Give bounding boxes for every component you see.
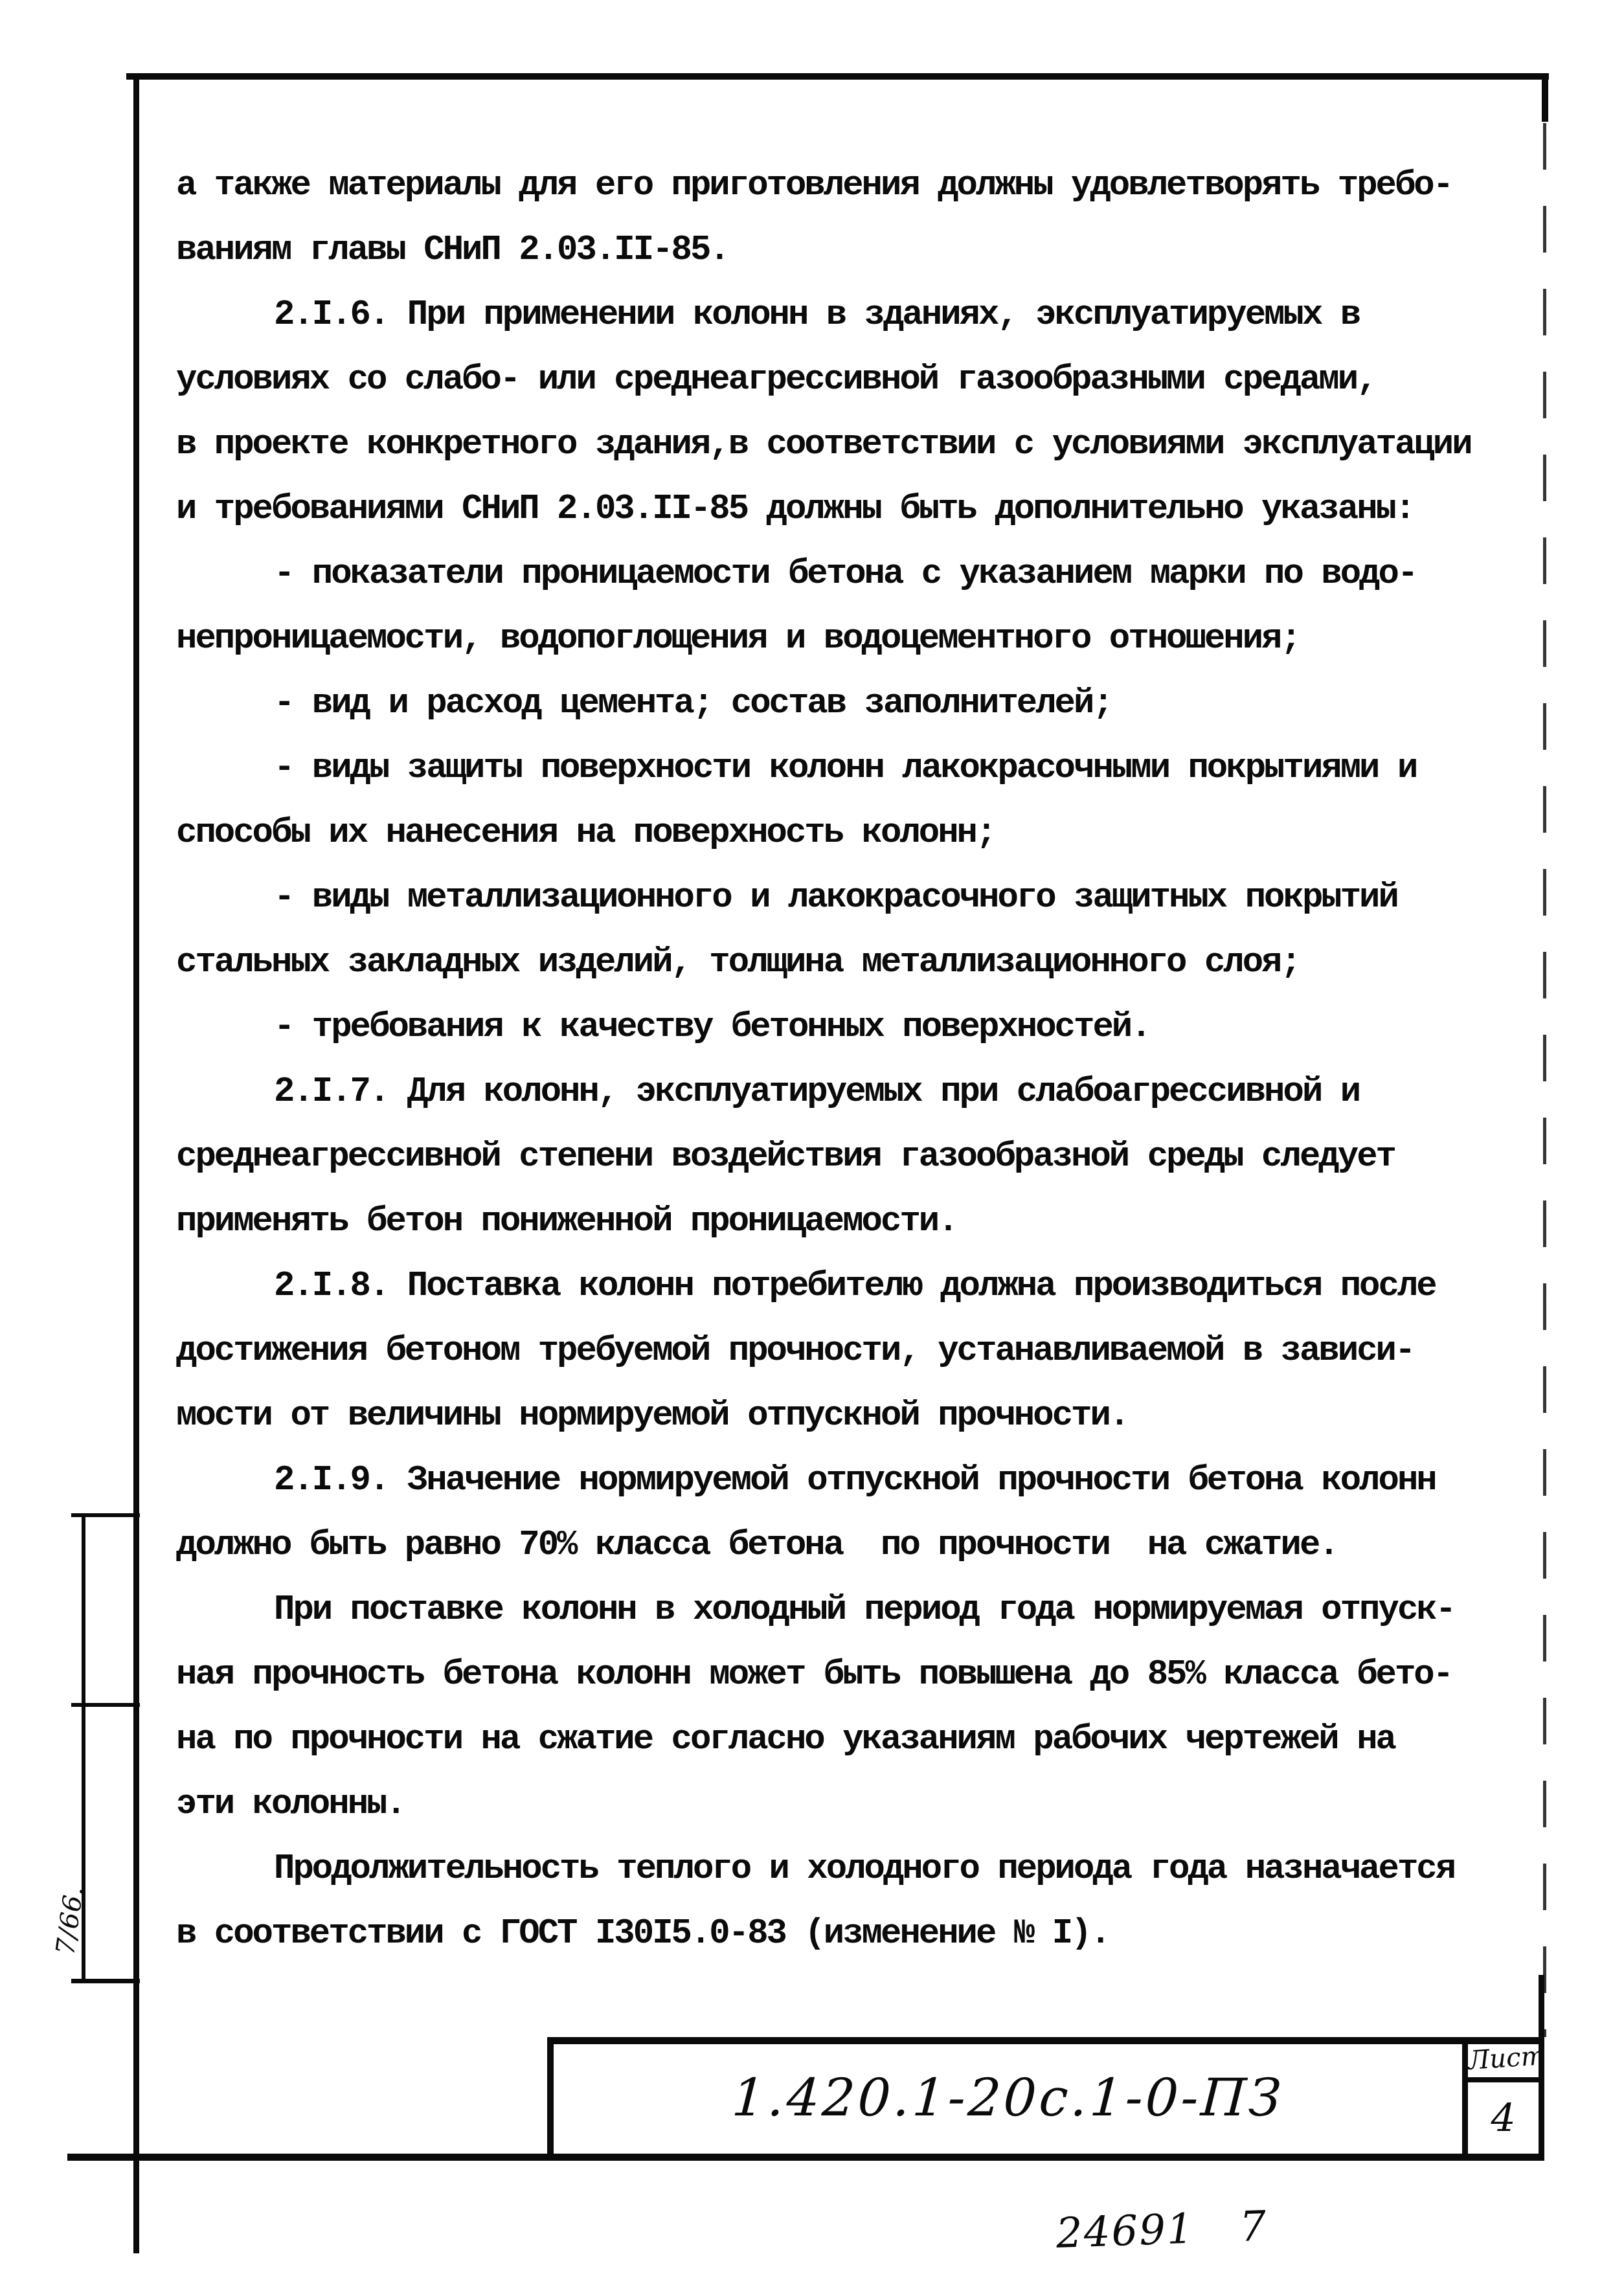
typewritten-line: - виды металлизационного и лакокрасочног… xyxy=(176,866,1575,930)
typewritten-line: - требования к качеству бетонных поверхн… xyxy=(176,995,1575,1060)
typewritten-line: и требованиями СНиП 2.03.II-85 должны бы… xyxy=(176,477,1575,542)
filing-box-mid-tick xyxy=(71,1703,140,1707)
footer-handwritten-note: 246917 xyxy=(1025,2155,1269,2259)
typewritten-line: в соответствии с ГОСТ I30I5.0-83 (измене… xyxy=(176,1902,1575,1966)
typewritten-line: должно быть равно 70% класса бетона по п… xyxy=(176,1513,1575,1578)
footer-extra: 7 xyxy=(1239,2203,1268,2251)
typewritten-text-block: а также материалы для его приготовления … xyxy=(176,153,1575,1966)
typewritten-line: 2.I.8. Поставка колонн потребителю должн… xyxy=(176,1254,1575,1319)
typewritten-line: - вид и расход цемента; состав заполните… xyxy=(176,671,1575,736)
frame-corner-top-right xyxy=(1542,73,1548,122)
typewritten-line: Продолжительность теплого и холодного пе… xyxy=(176,1837,1575,1902)
typewritten-line: среднеагрессивной степени воздействия га… xyxy=(176,1125,1575,1189)
filing-box-top-tick xyxy=(71,1513,140,1517)
typewritten-line: 2.I.6. При применении колонн в зданиях, … xyxy=(176,283,1575,348)
typewritten-line: 2.I.7. Для колонн, эксплуатируемых при с… xyxy=(176,1060,1575,1125)
filing-box-bottom-tick xyxy=(71,1979,140,1983)
typewritten-line: способы их нанесения на поверхность коло… xyxy=(176,801,1575,866)
typewritten-line: в проекте конкретного здания,в соответст… xyxy=(176,412,1575,477)
scanned-document-page: { "page": { "background": "#ffffff", "in… xyxy=(0,0,1624,2276)
sheet-number: 4 xyxy=(1462,2082,1544,2155)
typewritten-line: - показатели проницаемости бетона с указ… xyxy=(176,542,1575,607)
typewritten-line: 2.I.9. Значение нормируемой отпускной пр… xyxy=(176,1448,1575,1513)
typewritten-line: ваниям главы СНиП 2.03.II-85. xyxy=(176,218,1575,283)
typewritten-line: достижения бетоном требуемой прочности, … xyxy=(176,1319,1575,1384)
typewritten-line: эти колонны. xyxy=(176,1772,1575,1837)
typewritten-line: мости от величины нормируемой отпускной … xyxy=(176,1384,1575,1448)
document-number: 1.420.1-20с.1-0-ПЗ xyxy=(550,2040,1465,2155)
typewritten-line: непроницаемости, водопоглощения и водоце… xyxy=(176,607,1575,671)
typewritten-line: - виды защиты поверхности колонн лакокра… xyxy=(176,736,1575,801)
typewritten-line: условиях со слабо- или среднеагрессивной… xyxy=(176,348,1575,412)
footer-code: 24691 xyxy=(1055,2205,1195,2257)
typewritten-line: на по прочности на сжатие согласно указа… xyxy=(176,1707,1575,1772)
footer-gap xyxy=(1195,2241,1240,2242)
sheet-label: Лист xyxy=(1467,2037,1546,2080)
typewritten-line: При поставке колонн в холодный период го… xyxy=(176,1578,1575,1643)
typewritten-line: ная прочность бетона колонн может быть п… xyxy=(176,1643,1575,1707)
typewritten-line: стальных закладных изделий, толщина мета… xyxy=(176,930,1575,995)
typewritten-line: а также материалы для его приготовления … xyxy=(176,153,1575,218)
typewritten-line: применять бетон пониженной проницаемости… xyxy=(176,1189,1575,1254)
frame-border-top xyxy=(126,73,1549,80)
frame-border-left xyxy=(133,73,139,2253)
